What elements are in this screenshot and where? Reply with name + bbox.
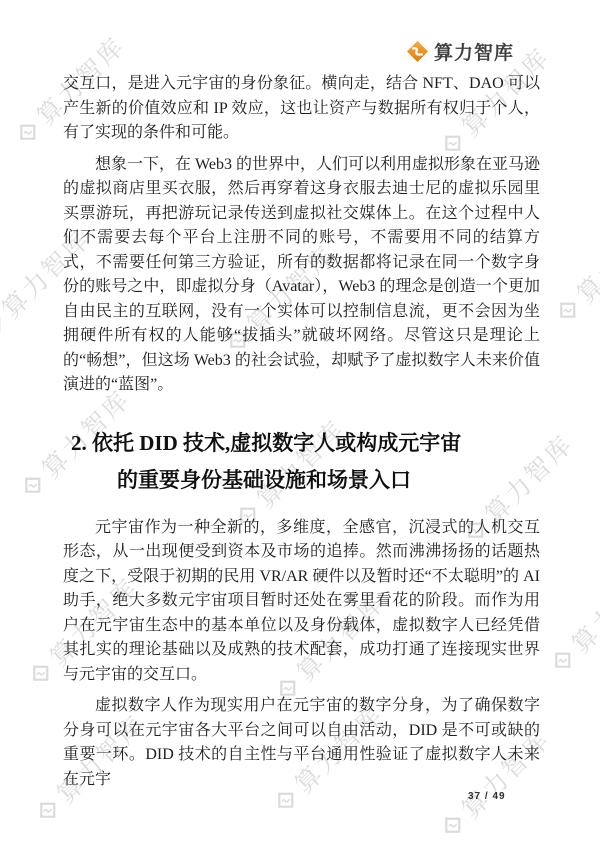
watermark: 算力智库 xyxy=(547,206,600,331)
page-content: 交互口，是进入元宇宙的身份象征。横向走，结合 NFT、DAO 可以产生新的价值效… xyxy=(63,72,540,799)
section-heading-line2: 的重要身份基础设施和场景入口 xyxy=(71,462,540,499)
section-heading-line1: 2. 依托 DID 技术,虚拟数字人或构成元宇宙 xyxy=(71,425,540,462)
paragraph-3: 元宇宙作为一种全新的，多维度，全感官，沉浸式的人机交互形态，从一出现便受到资本及… xyxy=(63,516,540,688)
watermark-logo-icon xyxy=(12,117,43,148)
paragraph-1: 交互口，是进入元宇宙的身份象征。横向走，结合 NFT、DAO 可以产生新的价值效… xyxy=(63,72,540,146)
watermark-logo-icon xyxy=(17,470,48,501)
watermark-logo-icon xyxy=(547,645,578,676)
paragraph-2: 想象一下，在 Web3 的世界中，人们可以利用虚拟形象在亚马逊的虚拟商店里买衣服… xyxy=(63,153,540,398)
watermark-logo-icon xyxy=(552,295,583,326)
watermark-logo-icon xyxy=(32,795,63,826)
brand-logo-icon xyxy=(406,39,429,64)
brand-name: 算力智库 xyxy=(434,38,514,65)
document-page: 算力智库 算力智库 算力智库 算力智库 算力智库 算力智库 算力智库 算力智库 … xyxy=(0,0,600,848)
watermark-text: 算力智库 xyxy=(563,556,600,661)
watermark: 算力智库 xyxy=(542,556,600,681)
brand-logo: 算力智库 xyxy=(406,38,514,65)
watermark-logo-icon xyxy=(437,810,468,841)
page-number: 37 / 49 xyxy=(468,791,506,802)
section-heading: 2. 依托 DID 技术,虚拟数字人或构成元宇宙 的重要身份基础设施和场景入口 xyxy=(71,425,540,499)
watermark-logo-icon xyxy=(0,310,8,341)
watermark-logo-icon xyxy=(25,658,56,689)
watermark-text: 算力智库 xyxy=(568,206,600,311)
paragraph-4: 虚拟数字人作为现实用户在元宇宙的数字分身，为了确保数字分身可以在元宇宙各大平台之… xyxy=(63,694,540,792)
